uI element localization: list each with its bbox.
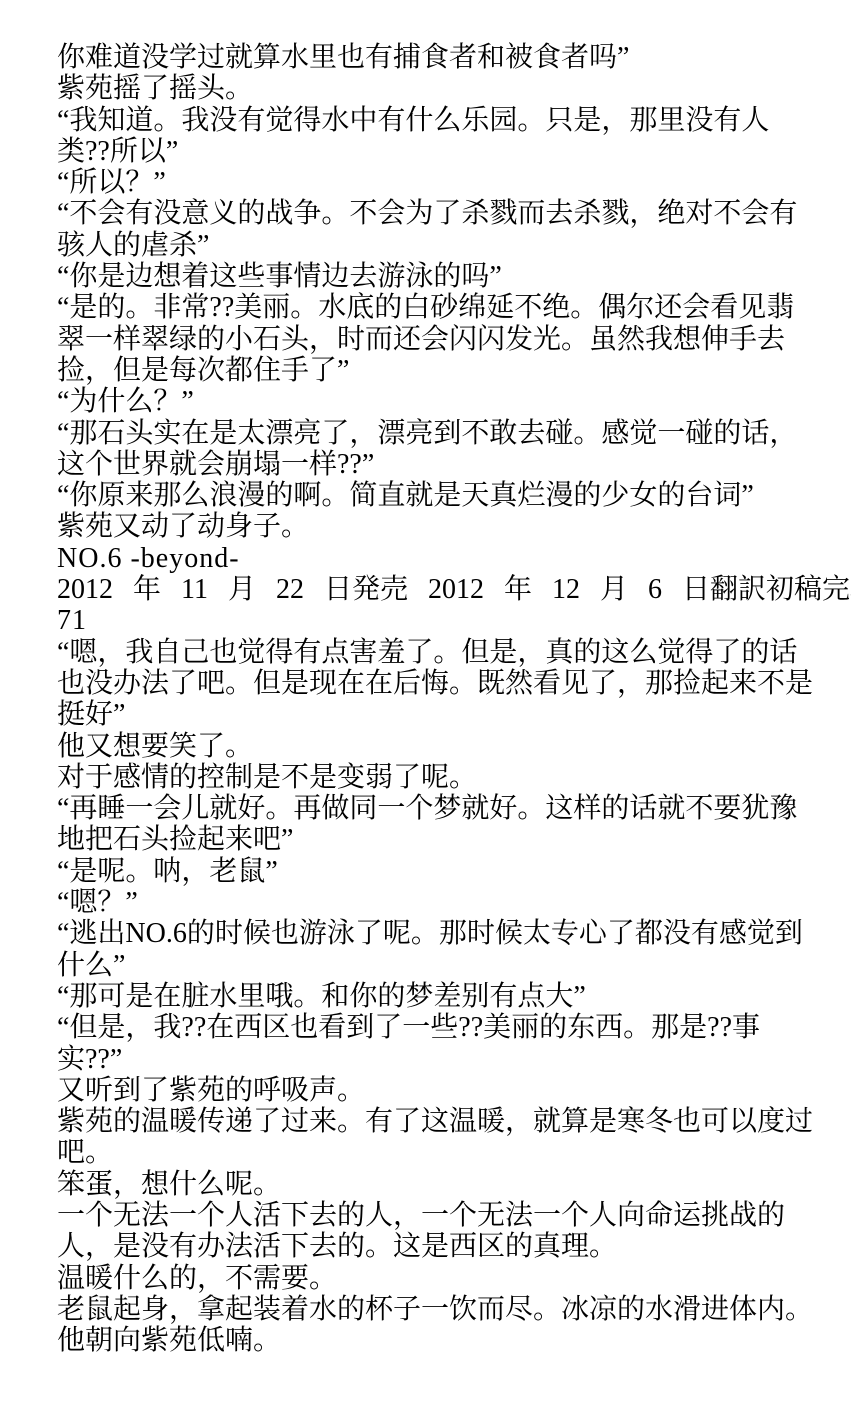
text-line: 什么” (57, 950, 817, 981)
text-line: 捡，但是每次都住手了” (57, 355, 817, 386)
text-line: 实??” (57, 1044, 817, 1075)
text-line: “为什么？” (57, 386, 817, 417)
text-line: 紫苑的温暖传递了过来。有了这温暖，就算是寒冬也可以度过 (57, 1106, 817, 1137)
footer-title-line: NO.6 -beyond- (57, 543, 817, 574)
text-line: 也没办法了吧。但是现在在后悔。既然看见了，那捡起来不是 (57, 668, 817, 699)
text-line: 温暖什么的，不需要。 (57, 1263, 817, 1294)
text-line: “我知道。我没有觉得水中有什么乐园。只是，那里没有人 (57, 105, 817, 136)
text-line: “嗯，我自己也觉得有点害羞了。但是，真的这么觉得了的话 (57, 637, 817, 668)
text-line: 紫苑又动了动身子。 (57, 511, 817, 542)
text-line: 这个世界就会崩塌一样??” (57, 449, 817, 480)
text-line: 骇人的虐杀” (57, 230, 817, 261)
footer-page-line: 71 (57, 605, 817, 636)
text-line: 地把石头捡起来吧” (57, 824, 817, 855)
text-line: “不会有没意义的战争。不会为了杀戮而去杀戮，绝对不会有 (57, 198, 817, 229)
footer-date-line: 2012 年 11 月 22 日発売 2012 年 12 月 6 日翻訳初稿完稿 (57, 574, 817, 605)
text-line: “嗯？” (57, 887, 817, 918)
text-line: 笨蛋，想什么呢。 (57, 1169, 817, 1200)
page-text-block: 你难道没学过就算水里也有捕食者和被食者吗”紫苑摇了摇头。“我知道。我没有觉得水中… (57, 42, 817, 1356)
text-line: 老鼠起身，拿起装着水的杯子一饮而尽。冰凉的水滑进体内。 (57, 1294, 817, 1325)
text-line: “是呢。呐，老鼠” (57, 856, 817, 887)
text-line: 类??所以” (57, 136, 817, 167)
text-line: “逃出NO.6的时候也游泳了呢。那时候太专心了都没有感觉到 (57, 918, 817, 949)
text-line: 他又想要笑了。 (57, 731, 817, 762)
text-line: 又听到了紫苑的呼吸声。 (57, 1075, 817, 1106)
text-line: 挺好” (57, 699, 817, 730)
text-line: 人，是没有办法活下去的。这是西区的真理。 (57, 1231, 817, 1262)
text-line: “但是，我??在西区也看到了一些??美丽的东西。那是??事 (57, 1012, 817, 1043)
text-line: “你原来那么浪漫的啊。简直就是天真烂漫的少女的台词” (57, 480, 817, 511)
text-line: 他朝向紫苑低喃。 (57, 1325, 817, 1356)
text-line: 你难道没学过就算水里也有捕食者和被食者吗” (57, 42, 817, 73)
text-line: 紫苑摇了摇头。 (57, 73, 817, 104)
text-line: “那石头实在是太漂亮了，漂亮到不敢去碰。感觉一碰的话， (57, 418, 817, 449)
text-line: “那可是在脏水里哦。和你的梦差别有点大” (57, 981, 817, 1012)
text-line: 吧。 (57, 1137, 817, 1168)
document-page: 你难道没学过就算水里也有捕食者和被食者吗”紫苑摇了摇头。“我知道。我没有觉得水中… (0, 0, 851, 1401)
text-line: “所以？” (57, 167, 817, 198)
text-line: 一个无法一个人活下去的人，一个无法一个人向命运挑战的 (57, 1200, 817, 1231)
text-line: “你是边想着这些事情边去游泳的吗” (57, 261, 817, 292)
text-line: “是的。非常??美丽。水底的白砂绵延不绝。偶尔还会看见翡 (57, 292, 817, 323)
text-line: 翠一样翠绿的小石头，时而还会闪闪发光。虽然我想伸手去 (57, 324, 817, 355)
text-line: 对于感情的控制是不是变弱了呢。 (57, 762, 817, 793)
text-line: “再睡一会儿就好。再做同一个梦就好。这样的话就不要犹豫 (57, 793, 817, 824)
